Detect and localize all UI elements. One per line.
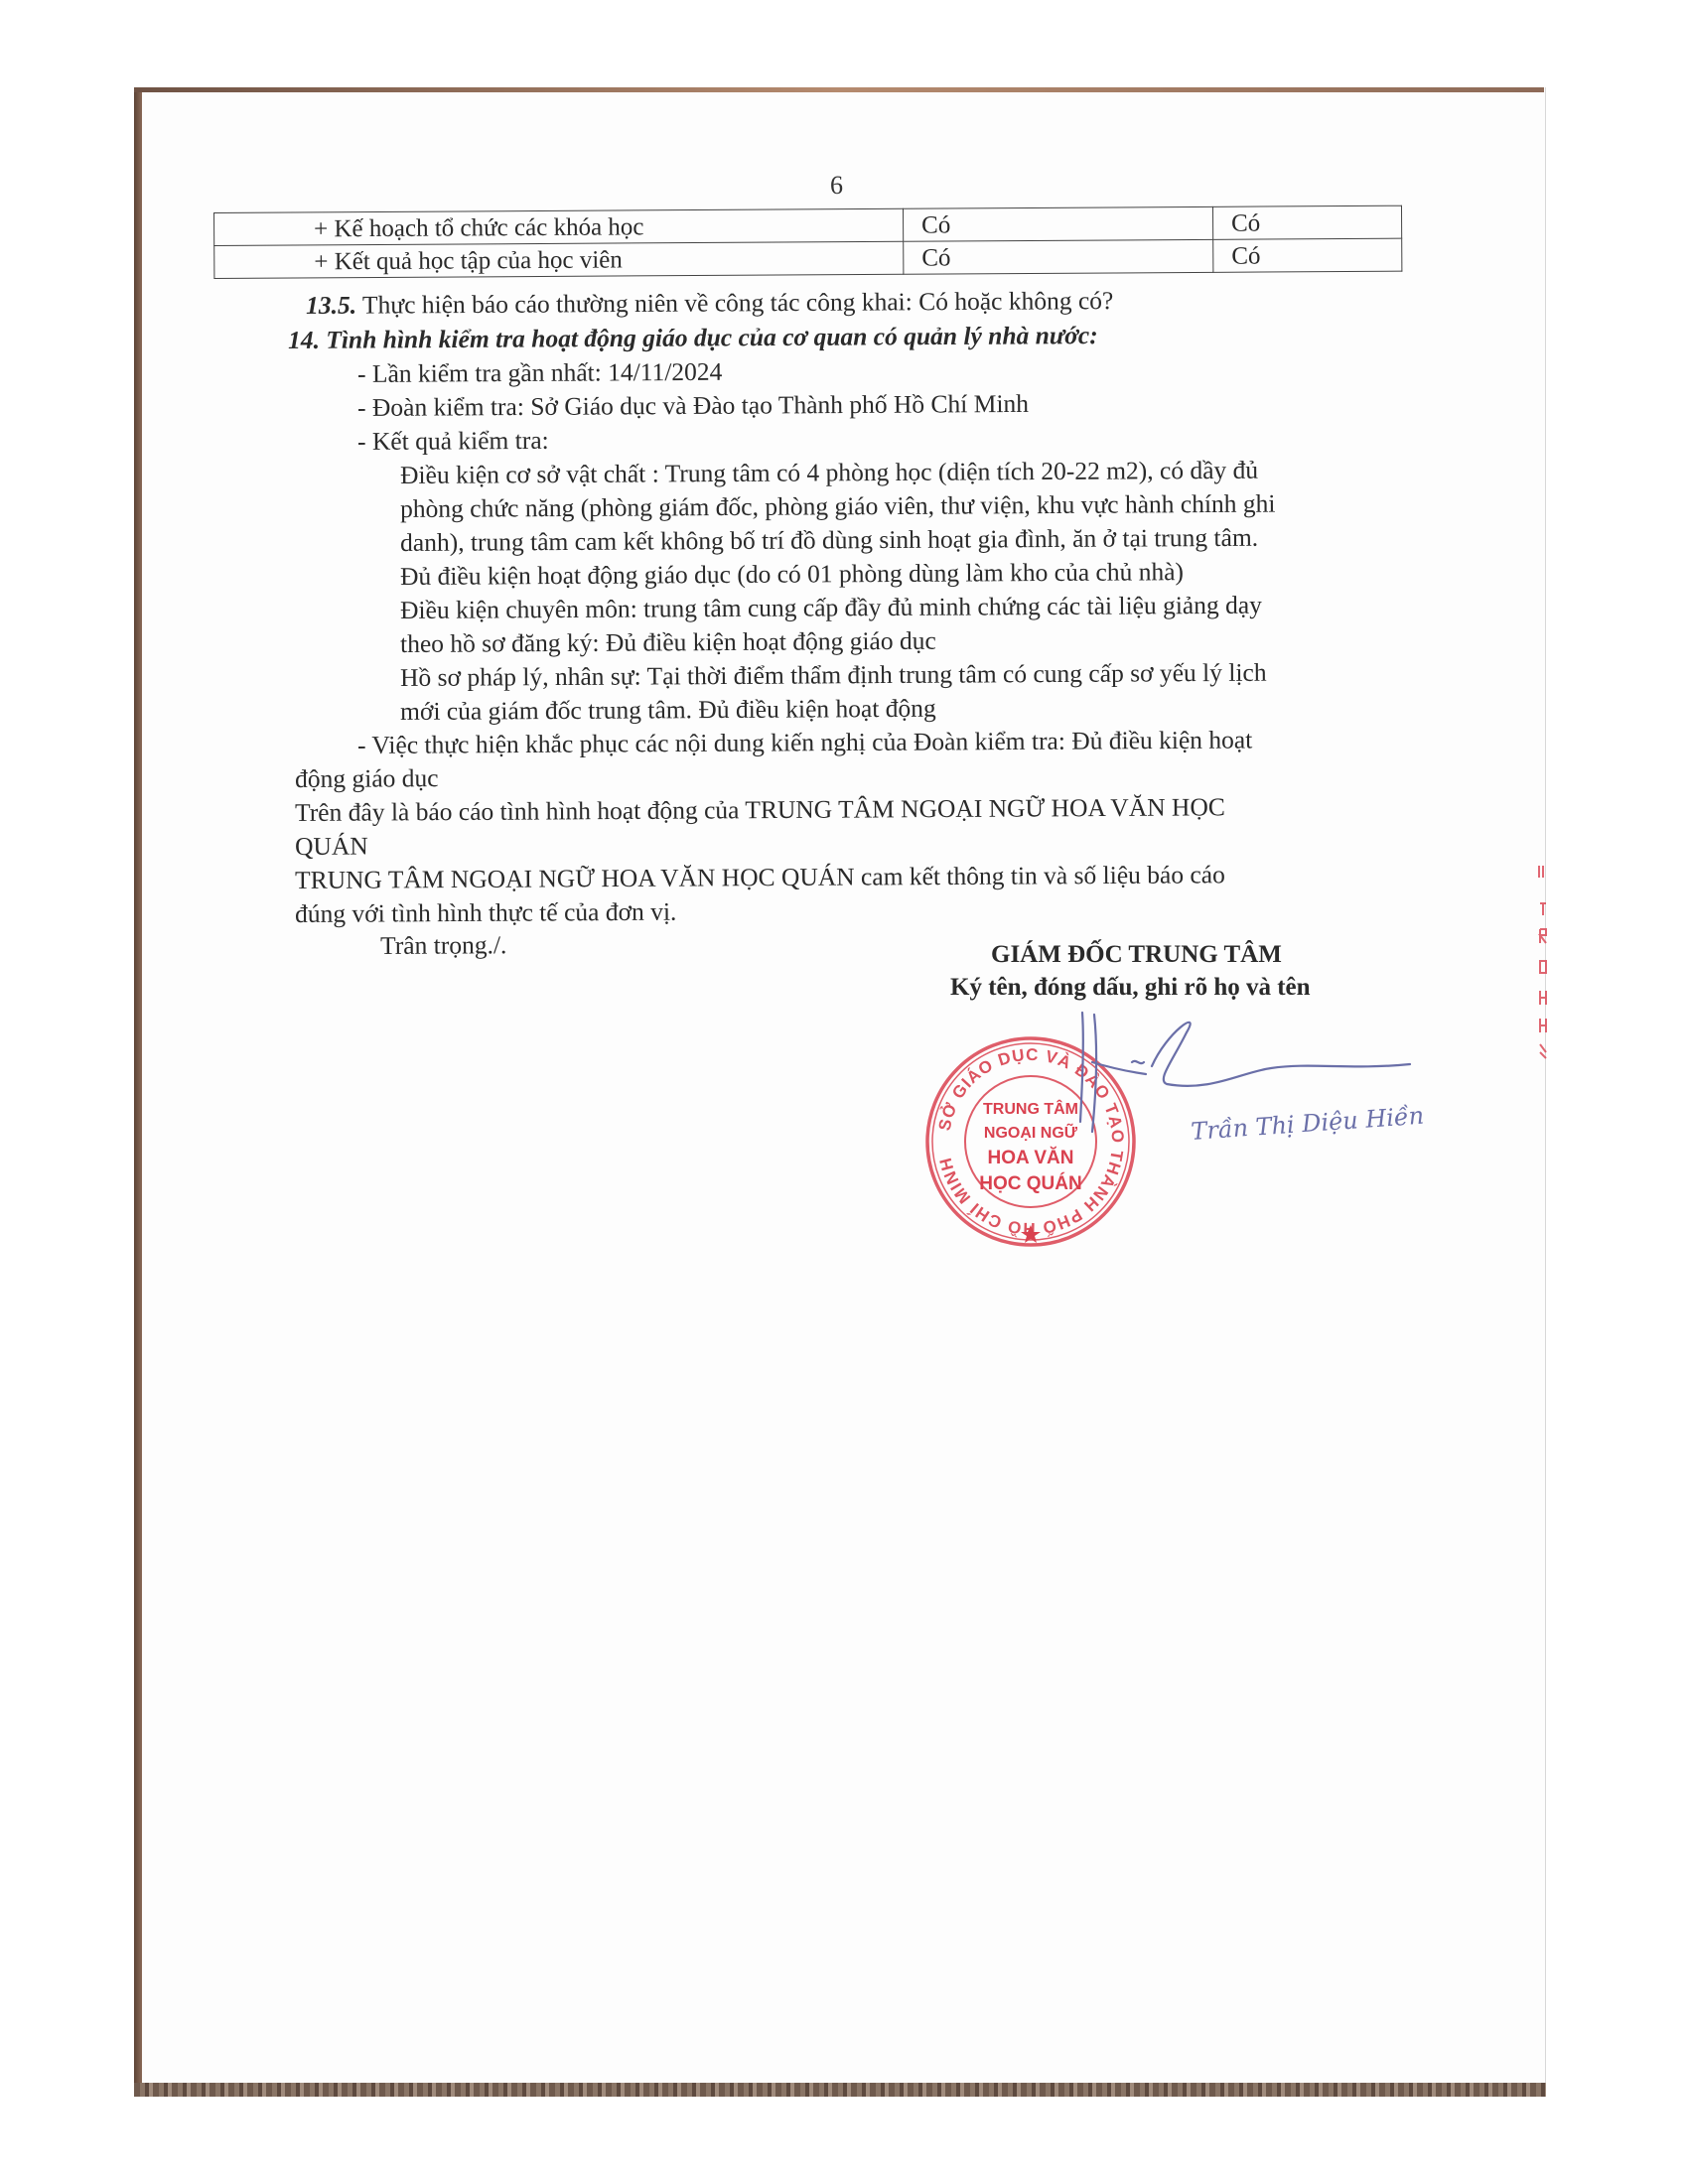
legal-line: mới của giám đốc trung tâm. Đủ điều kiện…: [400, 694, 936, 727]
section-number: 13.5.: [306, 291, 356, 320]
legal-line: Hồ sơ pháp lý, nhân sự: Tại thời điểm th…: [400, 658, 1267, 693]
facility-line: Đủ điều kiện hoạt động giáo dục (do có 0…: [400, 557, 1184, 592]
page-number: 6: [830, 171, 843, 201]
table-cell: + Kết quả học tập của học viên: [214, 241, 904, 278]
checklist-table: + Kế hoạch tổ chức các khóa học Có Có + …: [213, 205, 1402, 279]
remedy-line: - Việc thực hiện khắc phục các nội dung …: [357, 725, 1252, 760]
table-cell: Có: [903, 206, 1212, 241]
table-cell: + Kế hoạch tổ chức các khóa học: [214, 208, 904, 245]
professional-line: theo hồ sơ đăng ký: Đủ điều kiện hoạt độ…: [400, 626, 936, 659]
signature-subtitle: Ký tên, đóng dấu, ghi rõ họ và tên: [950, 974, 1311, 1002]
commitment-line: TRUNG TÂM NGOẠI NGỮ HOA VĂN HỌC QUÁN cam…: [295, 860, 1225, 895]
commitment-line: đúng với tình hình thực tế của đơn vị.: [295, 897, 676, 929]
handwritten-signature: Trần Thị Diệu Hiền: [1072, 1003, 1430, 1191]
signature-title: GIÁM ĐỐC TRUNG TÂM: [991, 941, 1282, 969]
table-cell: Có: [1212, 205, 1401, 239]
table-row: + Kết quả học tập của học viên Có Có: [214, 238, 1402, 278]
page-edge-right: [1545, 87, 1546, 2097]
summary-line: Trên đây là báo cáo tình hình hoạt động …: [295, 792, 1225, 828]
section-14-heading: 14. Tình hình kiểm tra hoạt động giáo dụ…: [288, 321, 1098, 355]
table-cell: Có: [1213, 238, 1402, 272]
stamp-inner-line: TRUNG TÂM: [983, 1099, 1078, 1118]
professional-line: Điều kiện chuyên môn: trung tâm cung cấp…: [400, 591, 1262, 625]
last-inspection-date: - Lần kiểm tra gần nhất: 14/11/2024: [357, 357, 722, 389]
facility-line: Điều kiện cơ sở vật chất : Trung tâm có …: [400, 456, 1258, 490]
closing-line: Trân trọng./.: [380, 930, 506, 961]
inspection-team: - Đoàn kiểm tra: Sở Giáo dục và Đào tạo …: [357, 389, 1029, 423]
facility-line: danh), trung tâm cam kết không bố trí đồ…: [400, 523, 1258, 558]
facility-line: phòng chức năng (phòng giám đốc, phòng g…: [400, 489, 1276, 524]
summary-line: QUÁN: [295, 832, 368, 862]
desk-edge-bottom: [134, 2083, 1546, 2097]
table-cell: Có: [904, 239, 1213, 274]
desk-edge-left: [134, 87, 142, 2093]
section-text: Thực hiện báo cáo thường niên về công tá…: [362, 286, 1113, 320]
remedy-line: động giáo dục: [295, 763, 439, 794]
stamp-inner-line: HOA VĂN: [988, 1147, 1074, 1168]
stamp-inner-line: HỌC QUÁN: [979, 1172, 1081, 1194]
handwritten-name: Trần Thị Diệu Hiền: [1190, 1102, 1424, 1146]
partial-stamp-edge: [1537, 864, 1549, 1072]
section-13-5: 13.5. Thực hiện báo cáo thường niên về c…: [306, 286, 1113, 321]
stamp-inner-line: NGOẠI NGỮ: [984, 1122, 1078, 1142]
inspection-result-label: - Kết quả kiểm tra:: [357, 426, 549, 457]
